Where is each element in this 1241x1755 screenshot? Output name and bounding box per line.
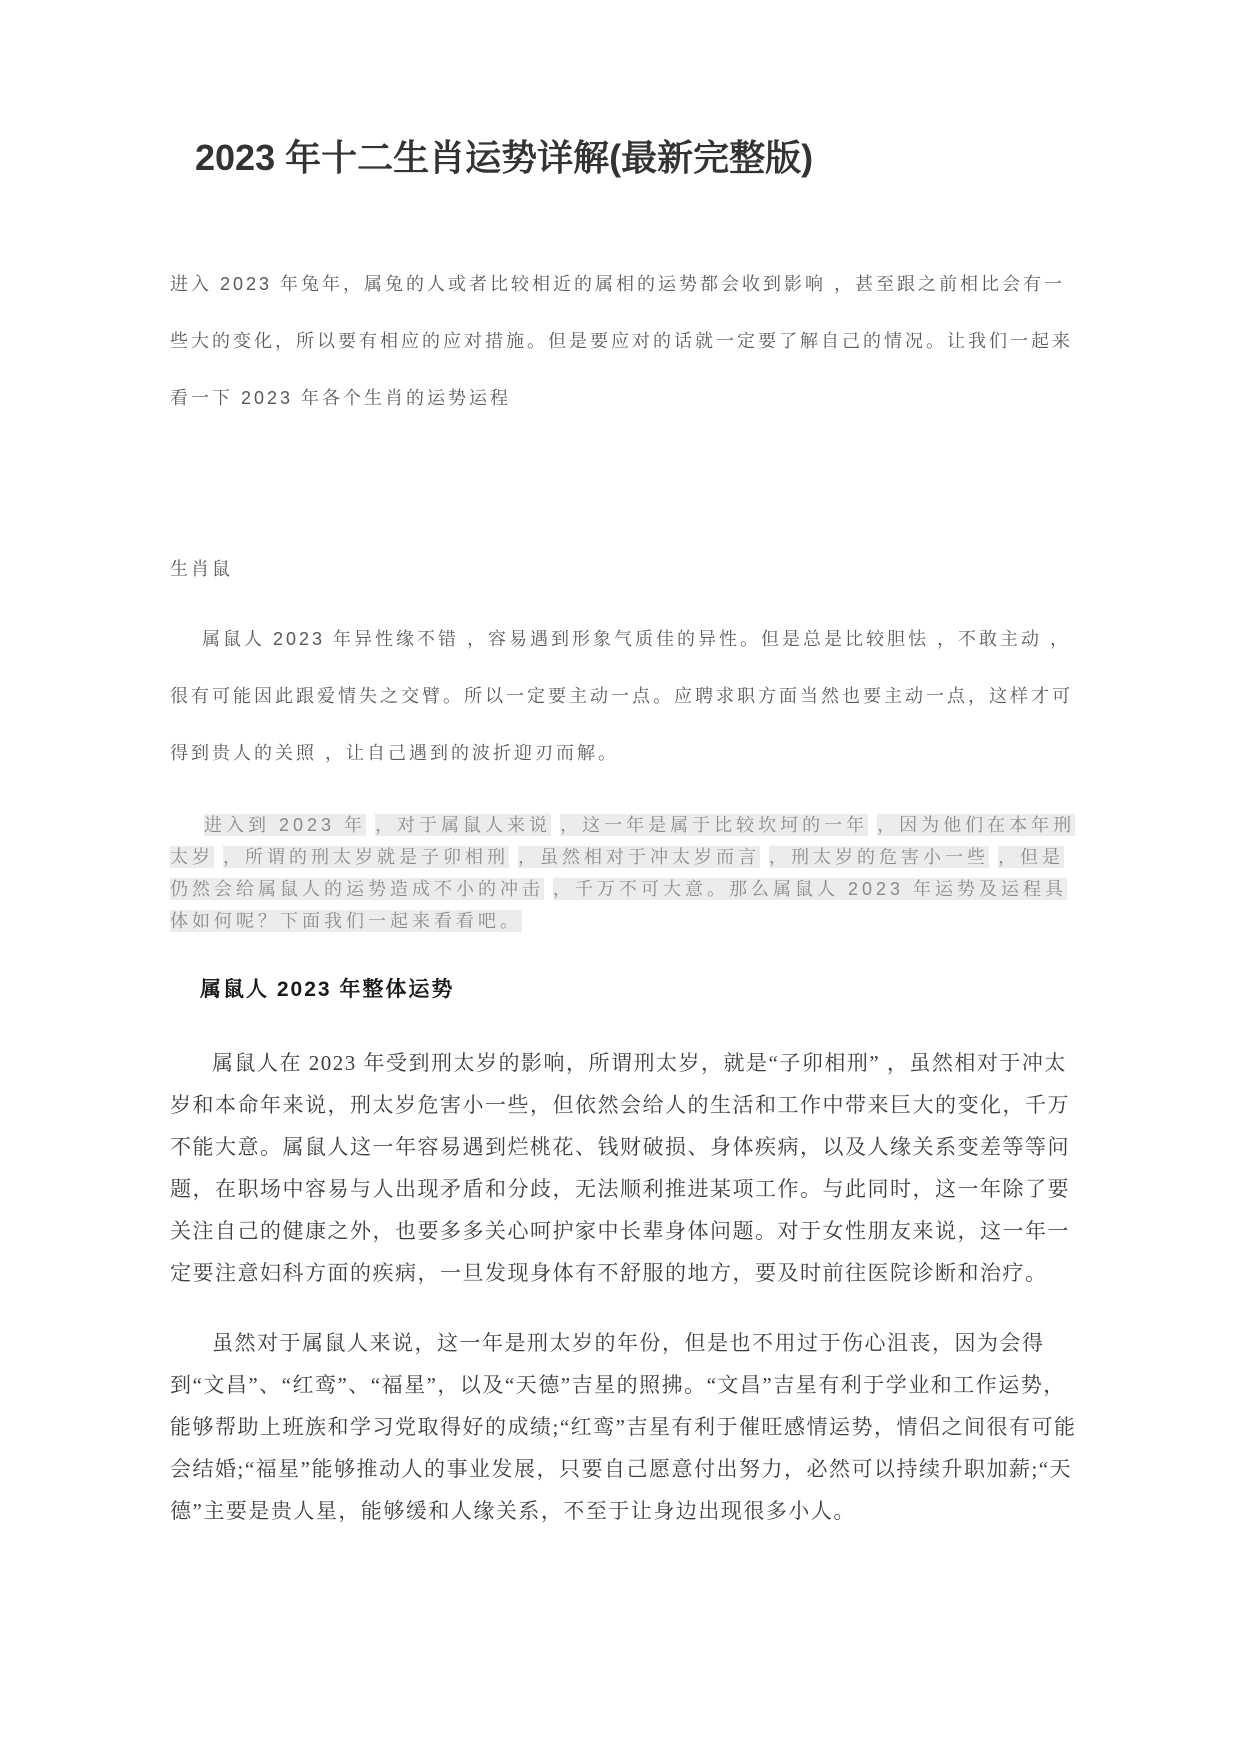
highlight-segment: ，所谓的刑太岁就是子卯相刑 xyxy=(223,846,509,868)
intro-paragraph: 进入 2023 年兔年，属兔的人或者比较相近的属相的运势都会收到影响 ，甚至跟之… xyxy=(170,256,1078,427)
highlight-segment: ，这一年是属于比较坎坷的一年 xyxy=(560,814,868,836)
rat-overall-heading: 属鼠人 2023 年整体运势 xyxy=(200,975,1078,1005)
rat-love-career-paragraph: 属鼠人 2023 年异性缘不错 ，容易遇到形象气质佳的异性。但是总是比较胆怯 ，… xyxy=(170,611,1078,782)
highlight-segment: ，虽然相对于冲太岁而言 xyxy=(518,846,760,868)
document-page: 2023 年十二生肖运势详解(最新完整版) 进入 2023 年兔年，属兔的人或者… xyxy=(0,0,1241,1755)
highlight-segment: ，刑太岁的危害小一些 xyxy=(769,846,989,868)
rat-highlighted-paragraph: 进入到 2023 年 ，对于属鼠人来说 ，这一年是属于比较坎坷的一年 ，因为他们… xyxy=(170,809,1078,937)
zodiac-rat-label: 生肖鼠 xyxy=(170,541,1078,598)
rat-lucky-stars-paragraph: 虽然对于属鼠人来说，这一年是刑太岁的年份，但是也不用过于伤心沮丧，因为会得到“文… xyxy=(170,1322,1078,1532)
document-title: 2023 年十二生肖运势详解(最新完整版) xyxy=(195,133,1078,183)
highlight-segment: 进入到 2023 年 xyxy=(204,814,366,836)
rat-overall-paragraph: 属鼠人在 2023 年受到刑太岁的影响，所谓刑太岁，就是“子卯相刑” ，虽然相对… xyxy=(170,1042,1078,1294)
highlight-segment: ，对于属鼠人来说 xyxy=(375,814,551,836)
